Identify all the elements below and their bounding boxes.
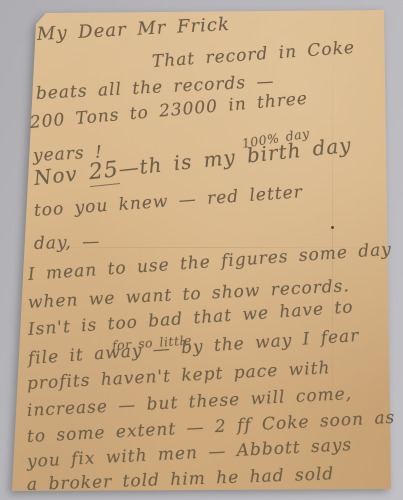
ink-dot [331,226,334,229]
photo-background: My Dear Mr Frick That record in Coke bea… [0,0,403,500]
letter-line: day, — [34,232,101,254]
underlined-date: 25 [88,157,121,187]
birthday-line-prefix: Nov [33,160,90,190]
